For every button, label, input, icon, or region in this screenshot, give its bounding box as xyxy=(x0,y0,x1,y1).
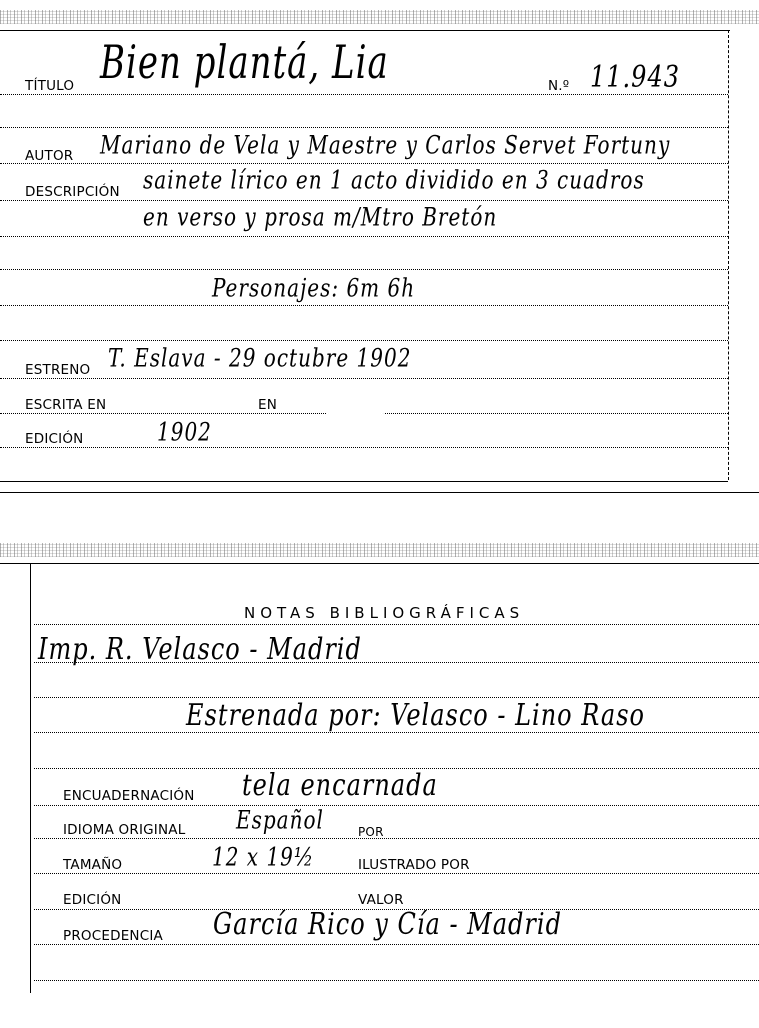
edicion-back-label: EDICIÓN xyxy=(63,894,121,908)
rule-line xyxy=(0,481,728,482)
edicion-label: EDICIÓN xyxy=(25,433,83,447)
rule-line xyxy=(0,447,728,448)
estreno-label: ESTRENO xyxy=(25,364,90,378)
card-back-top-border xyxy=(0,563,759,564)
rule-line xyxy=(0,378,728,379)
rule-line xyxy=(0,236,728,237)
redaction-blot xyxy=(325,395,385,445)
rule-line xyxy=(34,838,759,839)
personajes-value: Personajes: 6m 6h xyxy=(212,275,415,300)
note-line-2: Estrenada por: Velasco - Lino Raso xyxy=(186,700,645,730)
autor-value: Mariano de Vela y Maestre y Carlos Serve… xyxy=(100,132,670,157)
descripcion-label: DESCRIPCIÓN xyxy=(25,186,120,200)
tamano-label: TAMAÑO xyxy=(63,859,122,873)
rule-line xyxy=(0,127,728,128)
ilustrado-por-label: ILUSTRADO POR xyxy=(358,859,470,873)
card-front-right-border xyxy=(728,30,729,480)
idioma-original-label: IDIOMA ORIGINAL xyxy=(63,824,185,838)
scan-noise-top xyxy=(0,10,759,24)
scan-noise-bottom xyxy=(0,543,759,557)
tamano-value: 12 x 19½ xyxy=(212,844,314,869)
rule-line xyxy=(0,340,728,341)
descripcion-value-line1: sainete lírico en 1 acto dividido en 3 c… xyxy=(143,167,645,192)
numero-value: 11.943 xyxy=(590,62,680,92)
en-label: EN xyxy=(258,399,277,413)
encuadernacion-label: ENCUADERNACIÓN xyxy=(63,790,195,804)
card-front-top-border xyxy=(0,30,730,31)
titulo-value: Bien plantá, Lia xyxy=(100,40,389,86)
card-back-left-border xyxy=(30,563,31,993)
note-line-1: Imp. R. Velasco - Madrid xyxy=(38,634,362,664)
por-label: POR xyxy=(358,826,384,838)
rule-line xyxy=(34,980,759,981)
procedencia-value: García Rico y Cía - Madrid xyxy=(213,909,562,939)
valor-label: VALOR xyxy=(358,894,404,908)
edicion-value: 1902 xyxy=(157,419,212,444)
estreno-value: T. Eslava - 29 octubre 1902 xyxy=(108,345,411,370)
autor-label: AUTOR xyxy=(25,150,73,164)
rule-line xyxy=(0,305,728,306)
idioma-original-value: Español xyxy=(236,807,324,832)
rule-line xyxy=(34,873,759,874)
rule-line xyxy=(0,269,728,270)
descripcion-value-line2: en verso y prosa m/Mtro Bretón xyxy=(143,204,497,229)
titulo-label: TÍTULO xyxy=(25,80,74,94)
numero-label: N.º xyxy=(548,80,569,94)
rule-line xyxy=(34,944,759,945)
encuadernacion-value: tela encarnada xyxy=(242,770,438,800)
rule-line xyxy=(34,624,759,625)
notas-heading: NOTAS BIBLIOGRÁFICAS xyxy=(244,604,524,622)
card-front-bottom-border xyxy=(0,492,759,493)
escrita-en-label: ESCRITA EN xyxy=(25,399,106,413)
rule-line xyxy=(34,805,759,806)
procedencia-label: PROCEDENCIA xyxy=(63,930,163,944)
